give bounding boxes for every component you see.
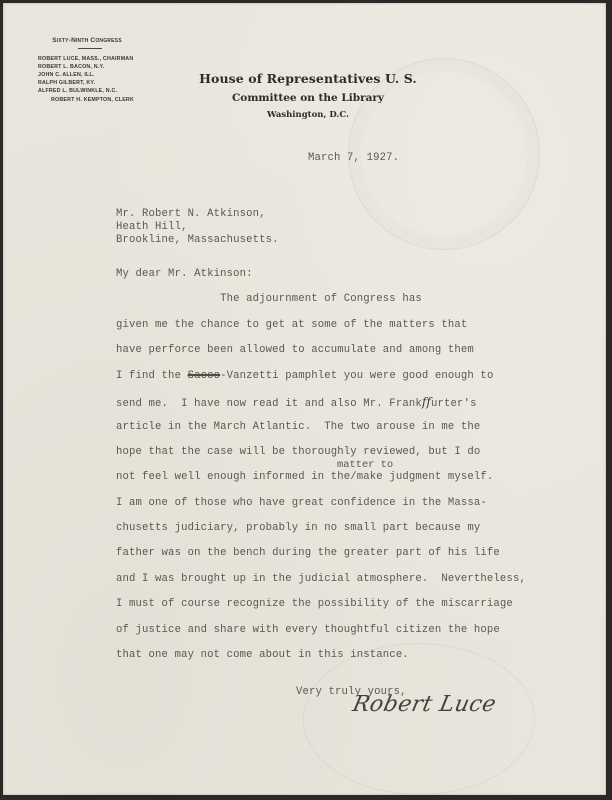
- struck-word: Sacco: [188, 370, 221, 382]
- body-line: and I was brought up in the judicial atm…: [116, 573, 526, 585]
- committee-title: Committee on the Library: [183, 92, 433, 104]
- body-line: I am one of those who have great confide…: [116, 497, 487, 509]
- letterhead-committee-roster: Sixty-Ninth Congress ROBERT LUCE, MASS.,…: [31, 37, 161, 103]
- body-text: send me. I have now read it and also Mr.…: [116, 398, 422, 410]
- body-line: have perforce been allowed to accumulate…: [116, 344, 474, 356]
- interlinear-insertion: matter to: [337, 459, 393, 471]
- body-line: father was on the bench during the great…: [116, 547, 500, 559]
- recipient-line: Mr. Robert N. Atkinson,: [116, 208, 266, 221]
- recipient-line: Heath Hill,: [116, 221, 188, 234]
- body-text: urter's: [431, 398, 477, 410]
- body-line: not feel well enough informed in the/mak…: [116, 471, 493, 483]
- member-name: ROBERT L. BACON, N.Y.: [38, 63, 161, 71]
- member-name: JOHN C. ALLEN, ILL.: [38, 71, 161, 79]
- salutation: My dear Mr. Atkinson:: [116, 268, 253, 280]
- house-title: House of Representatives U. S.: [183, 71, 433, 86]
- body-line: send me. I have now read it and also Mr.…: [116, 395, 477, 410]
- body-text: I find the: [116, 370, 188, 382]
- body-line: chusetts judiciary, probably in no small…: [116, 522, 480, 534]
- body-text: -Vanzetti pamphlet you were good enough …: [220, 370, 493, 382]
- letterhead-rule: [78, 48, 102, 49]
- clerk-name: ROBERT H. KEMPTON, CLERK: [51, 97, 161, 103]
- letter-date: March 7, 1927.: [308, 152, 399, 164]
- member-name: RALPH GILBERT, KY.: [38, 79, 161, 87]
- member-name: ROBERT LUCE, MASS., CHAIRMAN: [38, 55, 161, 63]
- body-line: I must of course recognize the possibili…: [116, 598, 513, 610]
- signature: Robert Luce: [350, 692, 498, 717]
- city-title: Washington, D.C.: [183, 110, 433, 120]
- body-line: article in the March Atlantic. The two a…: [116, 421, 480, 433]
- handwritten-correction: ff: [422, 395, 431, 409]
- watermark-seal-lower: [303, 643, 535, 795]
- letterhead-title-block: House of Representatives U. S. Committee…: [183, 71, 433, 120]
- body-line: I find the Sacco-Vanzetti pamphlet you w…: [116, 370, 493, 382]
- body-line: given me the chance to get at some of th…: [116, 319, 467, 331]
- recipient-line: Brookline, Massachusetts.: [116, 234, 279, 247]
- congress-label: Sixty-Ninth Congress: [37, 37, 137, 44]
- body-line: The adjournment of Congress has: [116, 293, 422, 305]
- member-name: ALFRED L. BULWINKLE, N.C.: [38, 87, 161, 95]
- body-line: that one may not come about in this inst…: [116, 649, 409, 661]
- letter-page: Sixty-Ninth Congress ROBERT LUCE, MASS.,…: [3, 3, 606, 795]
- body-line: hope that the case will be thoroughly re…: [116, 446, 480, 458]
- body-line: of justice and share with every thoughtf…: [116, 624, 500, 636]
